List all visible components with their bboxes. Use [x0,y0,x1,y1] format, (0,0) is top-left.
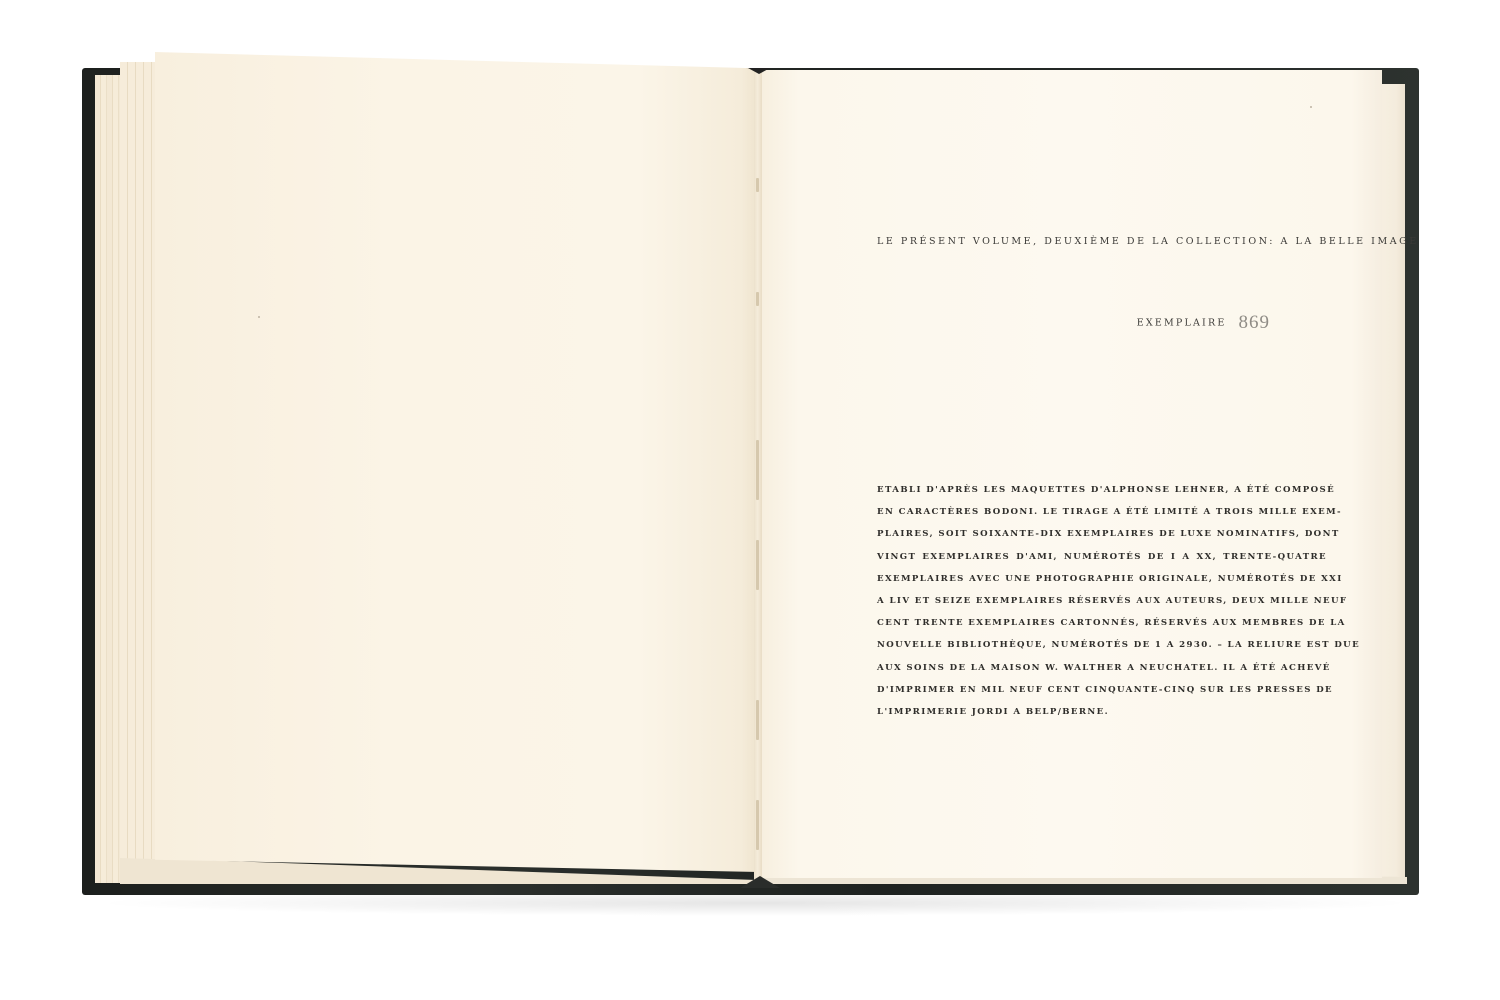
colophon-line: L'IMPRIMERIE JORDI A BELP/BERNE. [877,701,1327,723]
stitch-mark [756,178,759,192]
colophon-line: AUX SOINS DE LA MAISON W. WALTHER A NEUC… [877,657,1327,679]
colophon-paragraph: ETABLI D'APRÈS LES MAQUETTES D'ALPHONSE … [877,479,1327,723]
colophon-heading: LE PRÉSENT VOLUME, DEUXIÈME DE LA COLLEC… [877,236,1322,247]
colophon-line: NOUVELLE BIBLIOTHÈQUE, NUMÉROTÉS DE 1 A … [877,634,1327,656]
stitch-mark [756,292,759,306]
paper-speck [1310,106,1312,108]
paper-speck [258,316,260,318]
stitch-mark [756,800,759,850]
exemplaire-label: EXEMPLAIRE [1137,318,1227,329]
photo-scene: LE PRÉSENT VOLUME, DEUXIÈME DE LA COLLEC… [0,0,1500,1000]
colophon-line: EXEMPLAIRES AVEC UNE PHOTOGRAPHIE ORIGIN… [877,568,1327,590]
left-page-stack-inner [120,62,160,877]
colophon-line: EN CARACTÈRES BODONI. LE TIRAGE A ÉTÉ LI… [877,501,1327,523]
colophon-line: PLAIRES, SOIT SOIXANTE-DIX EXEMPLAIRES D… [877,523,1327,545]
colophon-line: ETABLI D'APRÈS LES MAQUETTES D'ALPHONSE … [877,479,1327,501]
colophon-line: A LIV ET SEIZE EXEMPLAIRES RÉSERVÉS AUX … [877,590,1327,612]
exemplaire-number: 869 [1239,312,1271,333]
stitch-mark [756,700,759,740]
colophon-line: CENT TRENTE EXEMPLAIRES CARTONNÉS, RÉSER… [877,612,1327,634]
colophon-line: D'IMPRIMER EN MIL NEUF CENT CINQUANTE-CI… [877,679,1327,701]
stitch-mark [756,440,759,500]
stitch-mark [756,540,759,590]
right-page[interactable] [762,70,1382,878]
exemplaire-line: EXEMPLAIRE869 [1100,312,1270,334]
left-page[interactable] [155,52,759,872]
colophon-line: VINGT EXEMPLAIRES D'AMI, NUMÉROTÉS DE I … [877,546,1327,568]
